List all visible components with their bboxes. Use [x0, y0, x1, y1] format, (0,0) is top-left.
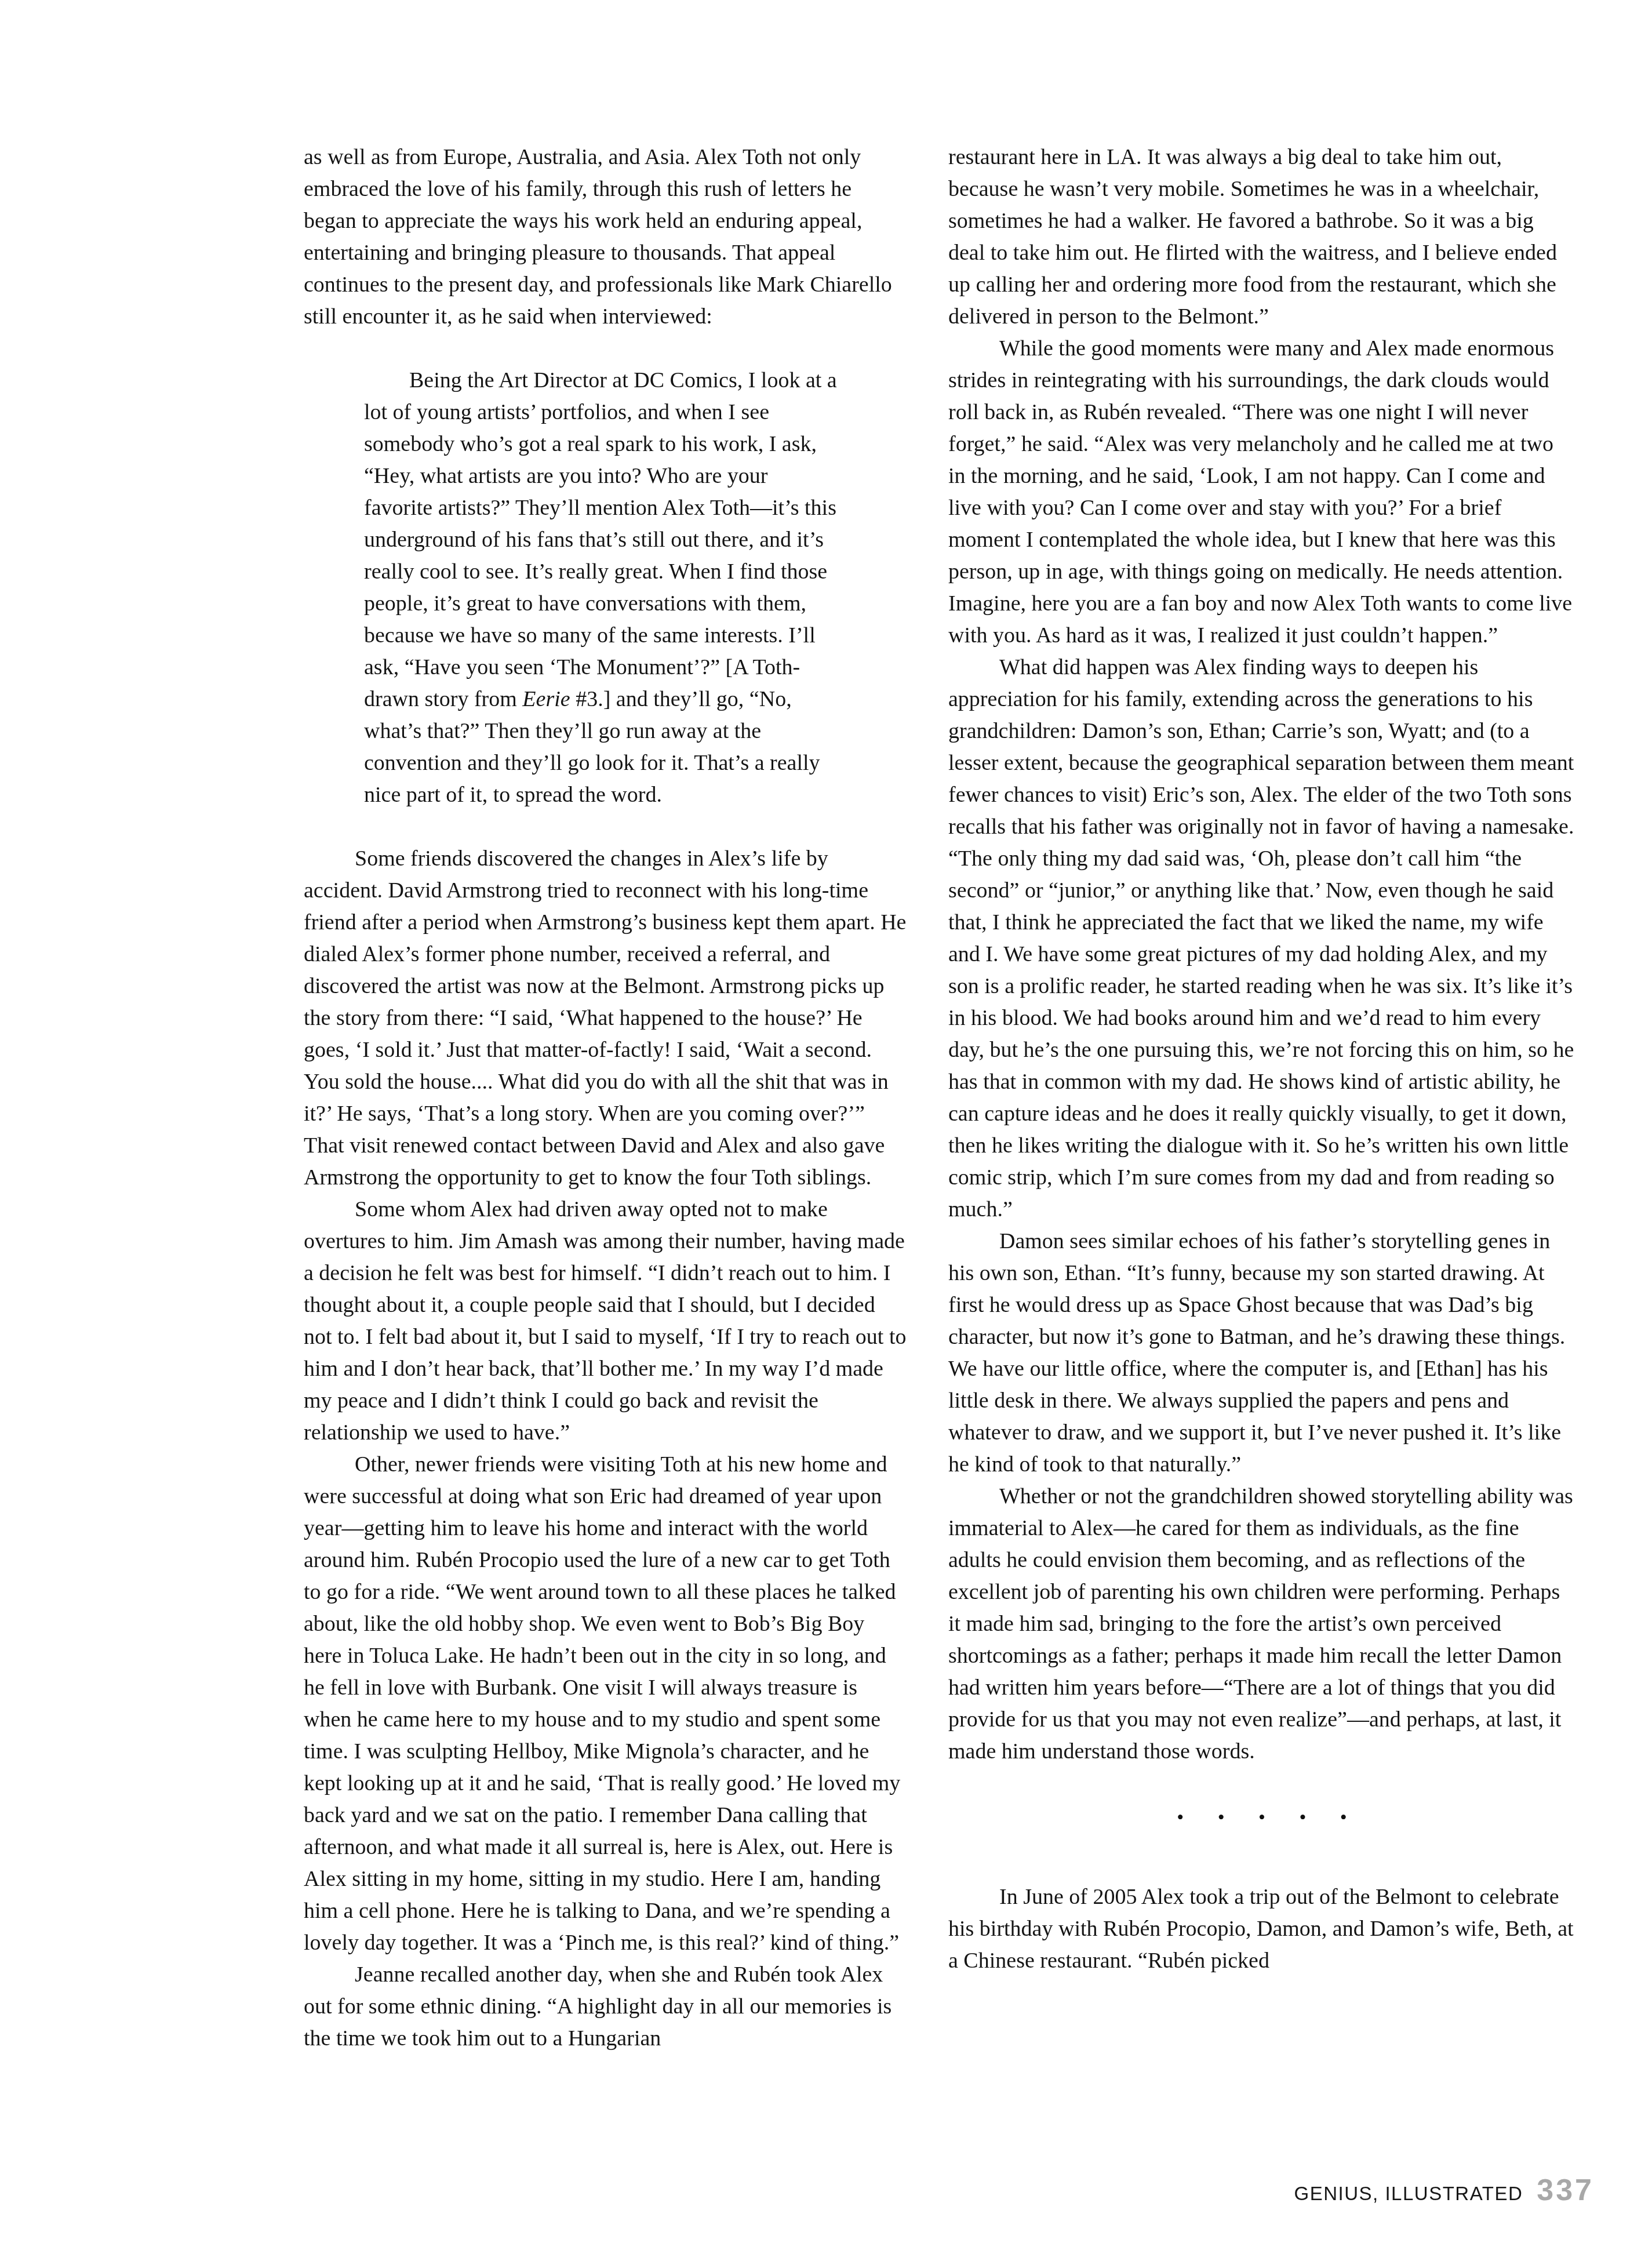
quote-part-1: Being the Art Director at DC Comics, I l… — [364, 368, 837, 711]
paragraph-damon-echoes: Damon sees similar echoes of his father’… — [948, 1226, 1575, 1481]
running-footer: GENIUS, ILLUSTRATED 337 — [1294, 2173, 1594, 2208]
paragraph-opening: as well as from Europe, Australia, and A… — [304, 141, 907, 333]
paragraph-other-newer: Other, newer friends were visiting Toth … — [304, 1449, 907, 1959]
footer-page-number: 337 — [1537, 2173, 1594, 2208]
paragraph-whether-grandchildren: Whether or not the grandchildren showed … — [948, 1481, 1575, 1768]
left-text-column: as well as from Europe, Australia, and A… — [304, 141, 907, 2055]
paragraph-some-whom: Some whom Alex had driven away opted not… — [304, 1194, 907, 1449]
paragraph-some-friends: Some friends discovered the changes in A… — [304, 843, 907, 1194]
book-page: as well as from Europe, Australia, and A… — [0, 0, 1652, 2261]
footer-book-title: GENIUS, ILLUSTRATED — [1294, 2183, 1523, 2205]
paragraph-while-good-moments: While the good moments were many and Ale… — [948, 333, 1575, 652]
block-quote-chiarello: Being the Art Director at DC Comics, I l… — [364, 365, 907, 811]
paragraph-what-did-happen: What did happen was Alex finding ways to… — [948, 652, 1575, 1226]
paragraph-june-2005: In June of 2005 Alex took a trip out of … — [948, 1881, 1575, 1977]
right-text-column: restaurant here in LA. It was always a b… — [948, 141, 1575, 1977]
block-quote-text: Being the Art Director at DC Comics, I l… — [364, 365, 842, 811]
paragraph-jeanne: Jeanne recalled another day, when she an… — [304, 1959, 907, 2055]
section-break-bullets: • • • • • — [948, 1804, 1575, 1833]
quote-italic-title: Eerie — [522, 687, 570, 711]
paragraph-restaurant: restaurant here in LA. It was always a b… — [948, 141, 1575, 333]
